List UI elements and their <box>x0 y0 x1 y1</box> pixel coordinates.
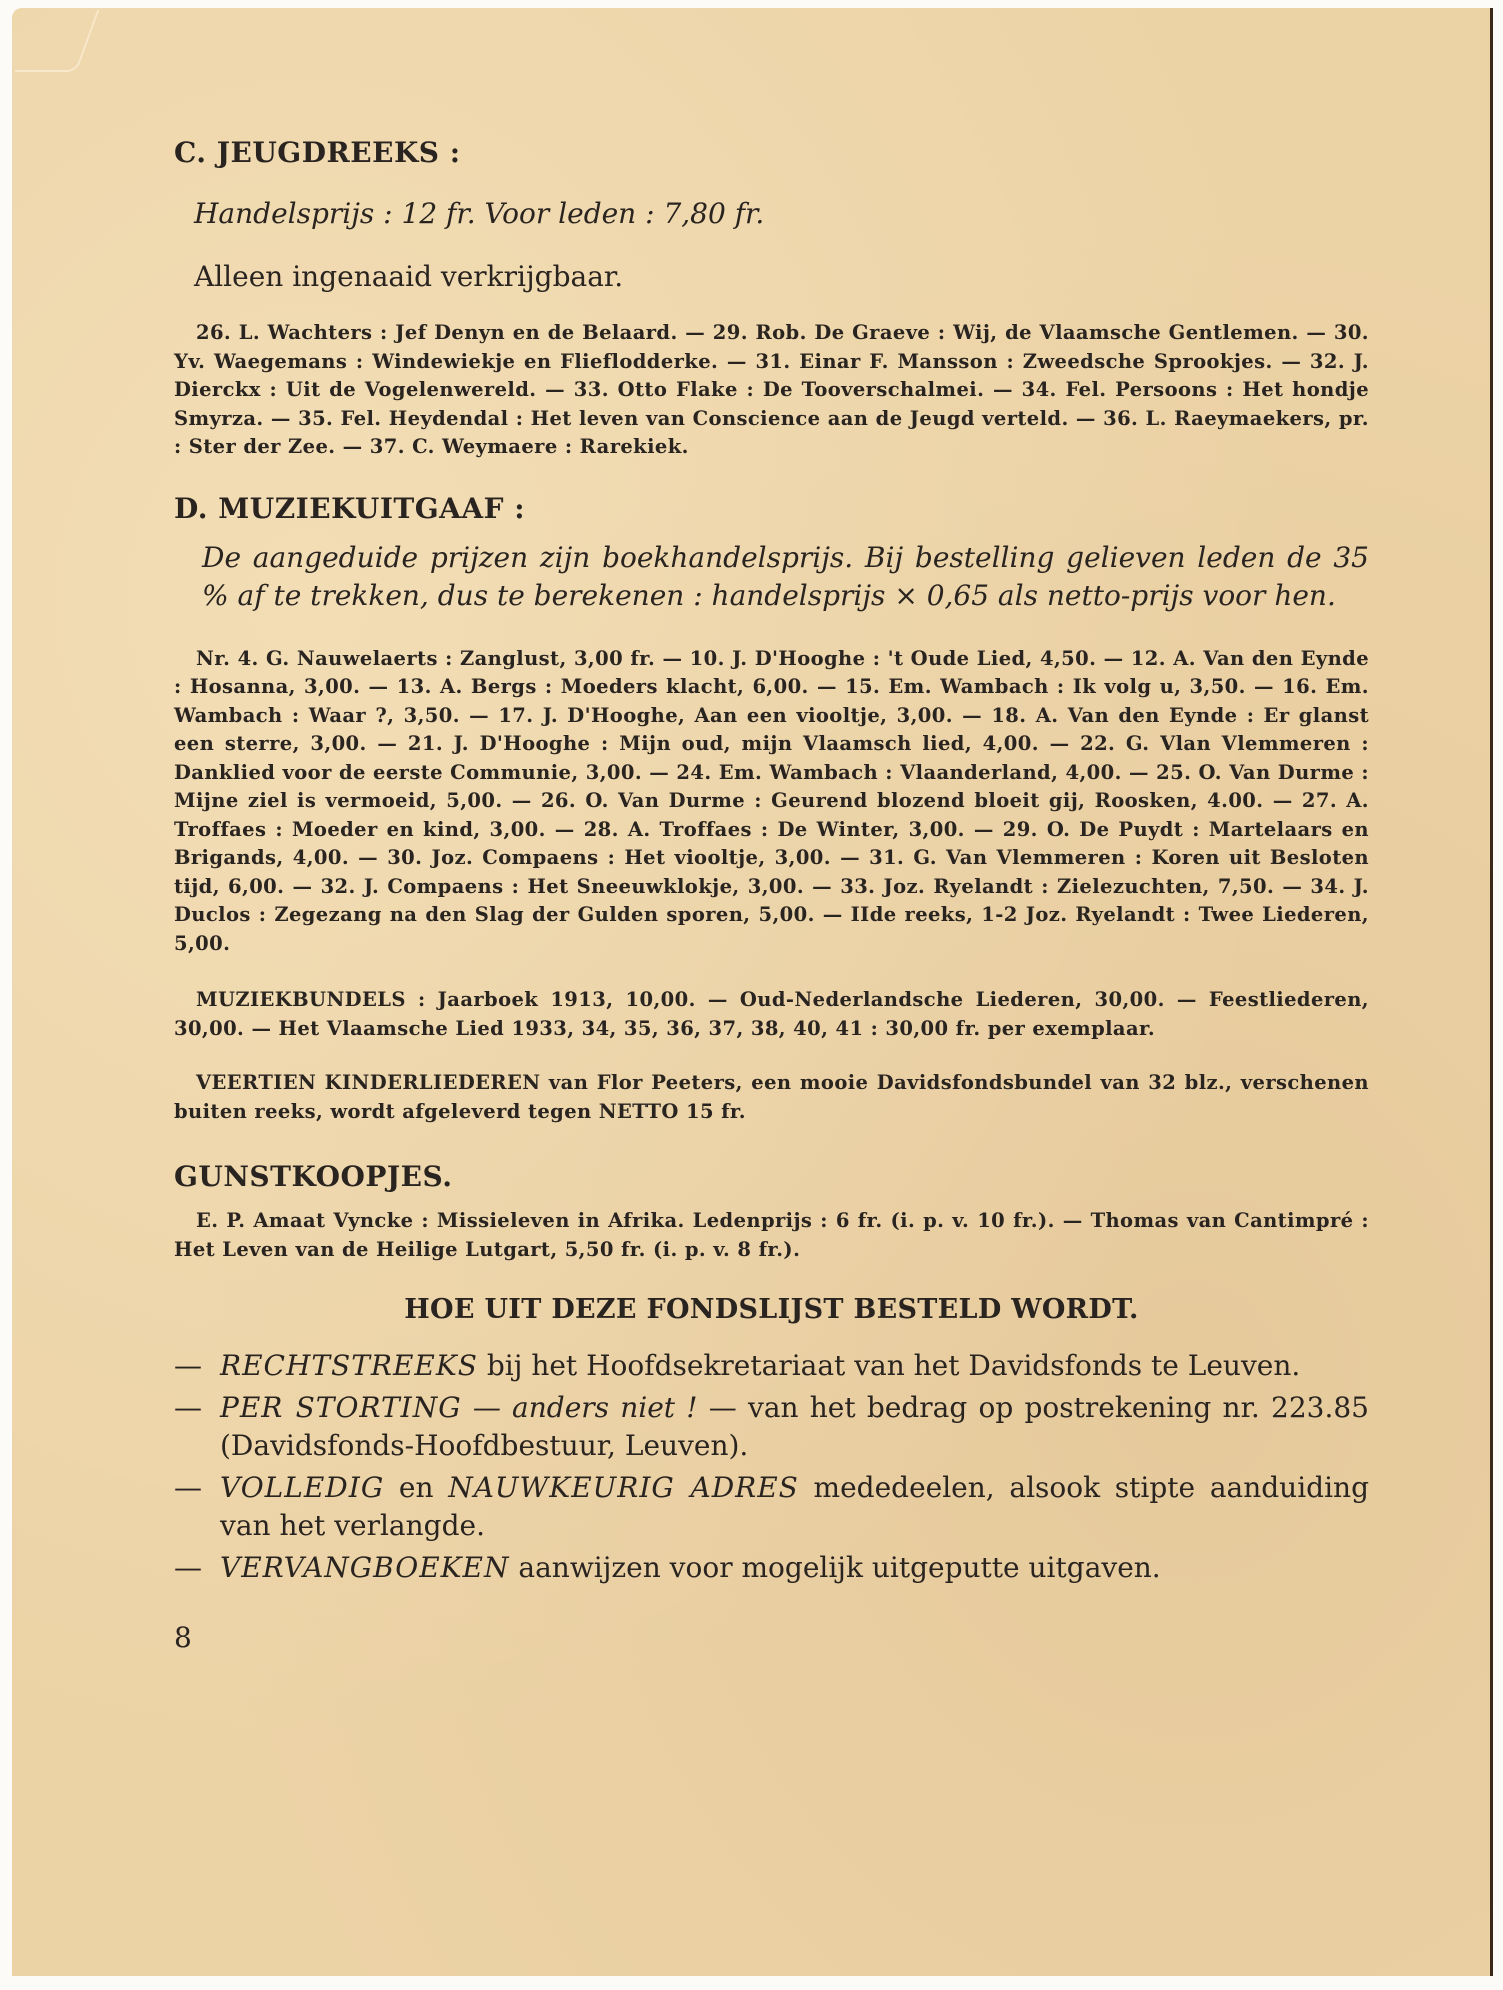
section-d-items: Nr. 4. G. Nauwelaerts : Zanglust, 3,00 f… <box>174 645 1369 959</box>
section-c-items: 26. L. Wachters : Jef Denyn en de Belaar… <box>174 319 1369 462</box>
folded-corner <box>15 10 100 72</box>
text: bij het Hoofdsekretariaat van het Davids… <box>478 1349 1300 1382</box>
section-jeugdreeks: C. JEUGDREEKS : Handelsprijs : 12 fr. Vo… <box>174 136 1369 462</box>
page-number: 8 <box>174 1621 1369 1654</box>
text: — <box>462 1391 512 1424</box>
section-muziekuitgaaf: D. MUZIEKUITGAAF : De aangeduide prijzen… <box>174 492 1369 1127</box>
section-gunstkoopjes: GUNSTKOOPJES. E. P. Amaat Vyncke : Missi… <box>174 1160 1369 1264</box>
gunstkoopjes-paragraph: E. P. Amaat Vyncke : Missieleven in Afri… <box>174 1207 1369 1264</box>
muziekbundels-text: MUZIEKBUNDELS : Jaarboek 1913, 10,00. — … <box>174 988 1369 1040</box>
ordering-item: —VOLLEDIG en NAUWKEURIG ADRES mededeelen… <box>174 1469 1369 1545</box>
section-c-availability: Alleen ingenaaid verkrijgbaar. <box>194 260 1369 293</box>
dash: — <box>174 1549 220 1587</box>
section-c-heading: C. JEUGDREEKS : <box>174 136 1369 169</box>
gunstkoopjes-text: E. P. Amaat Vyncke : Missieleven in Afri… <box>174 1209 1369 1261</box>
page-content: C. JEUGDREEKS : Handelsprijs : 12 fr. Vo… <box>174 136 1369 1654</box>
section-d-heading: D. MUZIEKUITGAAF : <box>174 492 1369 525</box>
emphasis: RECHTSTREEKS <box>220 1349 478 1382</box>
kinderliederen-paragraph: VEERTIEN KINDERLIEDEREN van Flor Peeters… <box>174 1069 1369 1126</box>
text: aanwijzen voor mogelijk uitgeputte uitga… <box>510 1551 1161 1584</box>
section-d-items-text: Nr. 4. G. Nauwelaerts : Zanglust, 3,00 f… <box>174 647 1369 955</box>
ordering-heading: HOE UIT DEZE FONDSLIJST BESTELD WORDT. <box>174 1294 1369 1325</box>
ordering-item: —PER STORTING — anders niet ! — van het … <box>174 1389 1369 1465</box>
document-page: C. JEUGDREEKS : Handelsprijs : 12 fr. Vo… <box>12 8 1493 1976</box>
dash: — <box>174 1347 220 1385</box>
section-c-items-text: 26. L. Wachters : Jef Denyn en de Belaar… <box>174 321 1369 458</box>
emphasis: NAUWKEURIG ADRES <box>448 1471 799 1504</box>
emphasis: anders niet ! <box>512 1391 698 1424</box>
emphasis: PER STORTING <box>220 1391 462 1424</box>
muziekbundels-paragraph: MUZIEKBUNDELS : Jaarboek 1913, 10,00. — … <box>174 986 1369 1043</box>
dash: — <box>174 1469 220 1507</box>
ordering-item: —RECHTSTREEKS bij het Hoofdsekretariaat … <box>174 1347 1369 1385</box>
gunstkoopjes-heading: GUNSTKOOPJES. <box>174 1160 1369 1193</box>
ordering-list: —RECHTSTREEKS bij het Hoofdsekretariaat … <box>174 1347 1369 1587</box>
text: en <box>384 1471 448 1504</box>
emphasis: VOLLEDIG <box>220 1471 384 1504</box>
dash: — <box>174 1389 220 1427</box>
ordering-item: —VERVANGBOEKEN aanwijzen voor mogelijk u… <box>174 1549 1369 1587</box>
section-d-note: De aangeduide prijzen zijn boekhandelspr… <box>202 539 1369 615</box>
emphasis: VERVANGBOEKEN <box>220 1551 510 1584</box>
kinderliederen-text: VEERTIEN KINDERLIEDEREN van Flor Peeters… <box>174 1071 1369 1123</box>
section-c-price: Handelsprijs : 12 fr. Voor leden : 7,80 … <box>194 197 1369 230</box>
section-ordering: HOE UIT DEZE FONDSLIJST BESTELD WORDT. —… <box>174 1294 1369 1587</box>
